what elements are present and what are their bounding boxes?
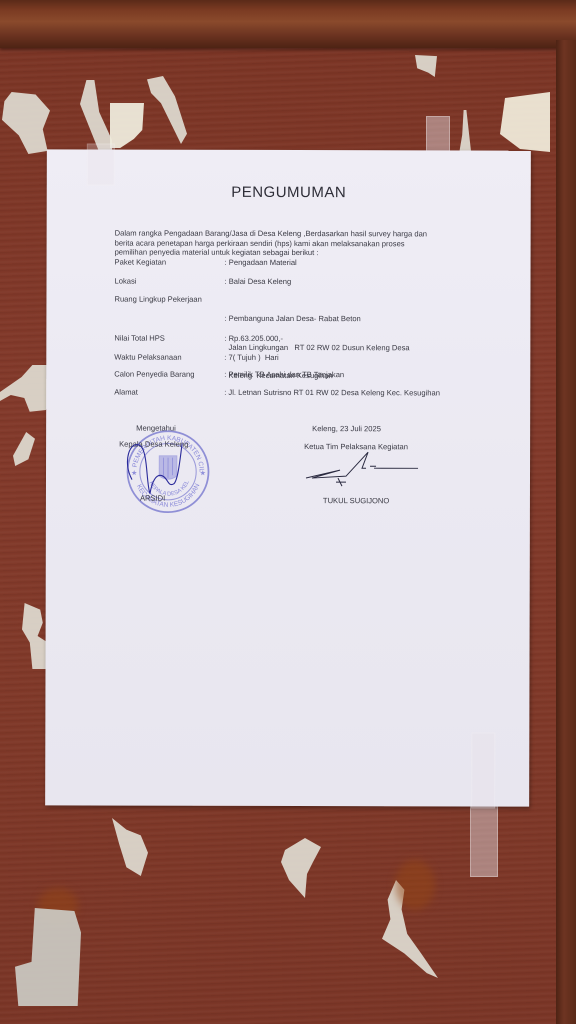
field-value: : Pemilik TB Asahi dan TB Tanjakan — [224, 370, 344, 380]
paper-scrap — [110, 103, 144, 148]
paper-scrap — [2, 92, 50, 154]
field-value-line: Jalan Lingkungan RT 02 RW 02 Dusun Kelen… — [224, 342, 409, 352]
tape-strip — [471, 732, 495, 808]
field-value: : Rp.63.205.000,- — [224, 334, 283, 344]
wood-stain — [395, 860, 435, 910]
field-value: : Balai Desa Keleng — [225, 277, 292, 287]
field-value-line: : Pembanguna Jalan Desa- Rabat Beton — [224, 314, 409, 324]
paper-scrap — [147, 76, 187, 144]
tape-strip — [87, 143, 115, 185]
paper-scrap — [281, 838, 321, 898]
field-value: : Jl. Letnan Sutrisno RT 01 RW 02 Desa K… — [224, 388, 440, 398]
field-label: Lokasi — [115, 277, 137, 287]
field-label: Calon Penyedia Barang — [114, 370, 194, 380]
field-label: Paket Kegiatan — [115, 258, 167, 268]
field-value: : Pengadaan Material — [225, 258, 297, 268]
field-label: Alamat — [114, 388, 138, 398]
paper-scrap — [415, 55, 437, 77]
signature-ketua-tim-icon — [302, 448, 422, 490]
left-signatory-name: ARSIDI — [140, 494, 165, 503]
announcement-paper: PENGUMUMAN Dalam rangka Pengadaan Barang… — [45, 149, 531, 806]
wooden-frame-top — [0, 0, 576, 48]
signature-kepala-desa-icon — [116, 432, 206, 502]
field-label: Ruang Lingkup Pekerjaan — [114, 295, 201, 305]
paper-scrap — [13, 432, 35, 466]
paper-scrap — [500, 92, 550, 152]
document-title: PENGUMUMAN — [47, 183, 531, 201]
field-value: : Pembanguna Jalan Desa- Rabat Beton Jal… — [224, 295, 410, 400]
intro-line: Dalam rangka Pengadaan Barang/Jasa di De… — [115, 229, 475, 239]
intro-paragraph: Dalam rangka Pengadaan Barang/Jasa di De… — [115, 229, 475, 258]
right-signatory-name: TUKUL SUGIJONO — [323, 496, 389, 505]
place-date: Keleng, 23 Juli 2025 — [312, 424, 381, 433]
paper-scrap — [15, 908, 81, 1006]
field-value: : 7( Tujuh ) Hari — [224, 353, 278, 363]
intro-line: pemilihan penyedia material untuk kegiat… — [115, 248, 475, 258]
wooden-frame-right — [556, 40, 576, 1024]
field-label: Waktu Pelaksanaan — [114, 353, 181, 363]
paper-scrap — [112, 818, 148, 876]
paper-scrap — [22, 603, 48, 669]
field-label: Nilai Total HPS — [114, 334, 165, 344]
